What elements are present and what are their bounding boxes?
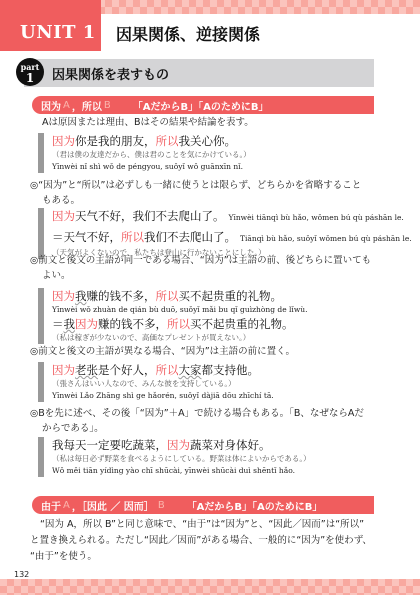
highlight: 所以 bbox=[156, 134, 179, 148]
text: 我每天一定要吃蔬菜， bbox=[52, 438, 167, 452]
heading-var: A bbox=[63, 500, 70, 511]
example-chinese: 因为天气不好，我们不去爬山了。Yīnwèi tiānqì bù hǎo, wǒm… bbox=[52, 208, 412, 226]
note-line: ◎“因为”と“所以”は必ずしも一緒に使うとは限らず、どちらかを省略すること bbox=[30, 178, 361, 193]
text: 买不起贵重的礼物。 bbox=[179, 289, 283, 303]
highlight: 因为 bbox=[52, 209, 75, 223]
note-line: ◎Bを先に述べ、その後「“因为”＋A」で続ける場合もある。「B、なぜならAだ bbox=[30, 406, 364, 421]
subject: 我 bbox=[75, 289, 87, 303]
example-translation: （私は稼ぎが少ないので、高価なプレゼントが買えない。） bbox=[52, 332, 307, 344]
highlight: 所以 bbox=[156, 363, 179, 377]
text: 我们不去爬山了。 bbox=[144, 230, 236, 244]
text: 蔬菜对身体好。 bbox=[190, 438, 271, 452]
highlight: 因为 bbox=[167, 438, 190, 452]
body-line: と置き換えられる。ただし“因此／因而”がある場合、一般的に“因为”を使わず、 bbox=[30, 533, 372, 549]
subject: 大家 bbox=[179, 363, 202, 377]
example-chinese: ＝我因为赚的钱不多，所以买不起贵重的礼物。 bbox=[52, 316, 307, 332]
grammar-heading-youyu: 由于 A ，［因此 ／ 因而］ B 「AだからB」「AのためにB」 bbox=[32, 496, 374, 514]
heading-meaning: 「AだからB」「AのためにB」 bbox=[133, 98, 269, 113]
highlight: 因为 bbox=[52, 289, 75, 303]
heading-meaning: 「AだからB」「AのためにB」 bbox=[187, 498, 323, 513]
unit-title: 因果関係、逆接関係 bbox=[116, 22, 260, 45]
note-line: もある。 bbox=[30, 193, 361, 208]
example-chinese: 我每天一定要吃蔬菜，因为蔬菜对身体好。 bbox=[52, 437, 311, 453]
heading-word: 因为 bbox=[41, 98, 61, 113]
text: ＝天气不好， bbox=[52, 230, 121, 244]
example-5: 我每天一定要吃蔬菜，因为蔬菜对身体好。 （私は毎日必ず野菜を食べるようにしている… bbox=[38, 437, 311, 477]
part-title: 因果関係を表すもの bbox=[52, 64, 169, 83]
note-4: ◎Bを先に述べ、その後「“因为”＋A」で続ける場合もある。「B、なぜならAだ か… bbox=[30, 406, 364, 436]
heading-var: A bbox=[63, 100, 70, 111]
example-chinese: 因为我赚的钱不多，所以买不起贵重的礼物。 bbox=[52, 288, 307, 304]
example-translation: （私は毎日必ず野菜を食べるようにしている。野菜は体によいからである。） bbox=[52, 453, 311, 465]
example-2: 因为天气不好，我们不去爬山了。Yīnwèi tiānqì bù hǎo, wǒm… bbox=[38, 208, 412, 259]
note-line: よい。 bbox=[30, 268, 371, 283]
section1-intro: Aは原因または理由、Bはその結果や結論を表す。 bbox=[42, 115, 254, 130]
subject: 老张 bbox=[75, 363, 98, 377]
unit-label: UNIT 1 bbox=[20, 22, 96, 43]
example-pinyin: Yīnwèi wǒ zhuàn de qián bù duō, suǒyǐ mǎ… bbox=[52, 304, 307, 316]
highlight: 所以 bbox=[167, 317, 190, 331]
text: ＝ bbox=[52, 317, 64, 331]
example-pinyin: Yīnwèi tiānqì bù hǎo, wǒmen bú qù páshān… bbox=[229, 213, 404, 222]
example-chinese: 因为老张是个好人，所以大家都支持他。 bbox=[52, 362, 274, 378]
example-pinyin: Wǒ měi tiān yídìng yào chī shūcài, yīnwè… bbox=[52, 465, 311, 477]
note-line: からである」。 bbox=[30, 421, 364, 436]
part-badge: part 1 bbox=[16, 58, 44, 86]
text: 赚的钱不多， bbox=[98, 317, 167, 331]
unit-label-box: UNIT 1 bbox=[0, 0, 101, 51]
grammar-heading-yinwei-suoyi: 因为 A ，所以 B 「AだからB」「AのためにB」 bbox=[32, 96, 374, 114]
text: 都支持他。 bbox=[202, 363, 260, 377]
example-translation: （張さんはいい人なので、みんな彼を支持している。） bbox=[52, 378, 274, 390]
example-pinyin: Tiānqì bù hǎo, suǒyǐ wǒmen bú qù páshān … bbox=[240, 234, 412, 243]
highlight: 因为 bbox=[52, 134, 75, 148]
heading-var: B bbox=[104, 100, 111, 111]
text: 我关心你。 bbox=[179, 134, 237, 148]
highlight: 因为 bbox=[75, 317, 98, 331]
note-2: ◎前文と後文の主語が同一である場合、“因为”は主語の前、後どちらに置いても よい… bbox=[30, 253, 371, 283]
heading-word: 由于 bbox=[41, 498, 61, 513]
text: 你是我的朋友， bbox=[75, 134, 156, 148]
example-chinese: 因为你是我的朋友，所以我关心你。 bbox=[52, 133, 251, 149]
section2-body: “因为 A，所以 B”と同じ意味で、“由于”は“因为”と、“因此／因而”は“所以… bbox=[30, 517, 372, 565]
example-chinese: ＝天气不好，所以我们不去爬山了。Tiānqì bù hǎo, suǒyǐ wǒm… bbox=[52, 229, 412, 247]
page-number: 132 bbox=[14, 570, 29, 579]
body-line: “因为 A，所以 B”と同じ意味で、“由于”は“因为”と、“因此／因而”は“所以… bbox=[30, 517, 372, 533]
highlight: 因为 bbox=[52, 363, 75, 377]
text: 买不起贵重的礼物。 bbox=[190, 317, 294, 331]
text: 天气不好，我们不去爬山了。 bbox=[75, 209, 225, 223]
part-badge-label: part bbox=[16, 63, 44, 71]
highlight: 所以 bbox=[156, 289, 179, 303]
example-translation: （君は僕の友達だから、僕は君のことを気にかけている。） bbox=[52, 149, 251, 161]
body-line: “由于”を使う。 bbox=[30, 549, 372, 565]
example-1: 因为你是我的朋友，所以我关心你。 （君は僕の友達だから、僕は君のことを気にかけて… bbox=[38, 133, 251, 173]
bottom-checker-border bbox=[0, 579, 420, 595]
note-1: ◎“因为”と“所以”は必ずしも一緒に使うとは限らず、どちらかを省略すること もあ… bbox=[30, 178, 361, 208]
example-4: 因为老张是个好人，所以大家都支持他。 （張さんはいい人なので、みんな彼を支持して… bbox=[38, 362, 274, 402]
example-pinyin: Yīnwèi Lǎo Zhāng shì ge hǎorén, suǒyǐ dà… bbox=[52, 390, 274, 402]
text: 是个好人， bbox=[98, 363, 156, 377]
highlight: 所以 bbox=[121, 230, 144, 244]
example-3: 因为我赚的钱不多，所以买不起贵重的礼物。 Yīnwèi wǒ zhuàn de … bbox=[38, 288, 307, 344]
note-line: ◎前文と後文の主語が同一である場合、“因为”は主語の前、後どちらに置いても bbox=[30, 253, 371, 268]
subject: 我 bbox=[64, 317, 76, 331]
part-badge-number: 1 bbox=[16, 72, 44, 84]
example-pinyin: Yīnwèi nǐ shì wǒ de péngyou, suǒyǐ wǒ gu… bbox=[52, 161, 251, 173]
note-3: ◎前文と後文の主語が異なる場合、“因为”は主語の前に置く。 bbox=[30, 344, 295, 359]
heading-word: ，［因此 ／ 因而］ bbox=[72, 498, 154, 513]
heading-word: ，所以 bbox=[72, 98, 102, 113]
text: 赚的钱不多， bbox=[87, 289, 156, 303]
heading-var: B bbox=[158, 500, 165, 511]
